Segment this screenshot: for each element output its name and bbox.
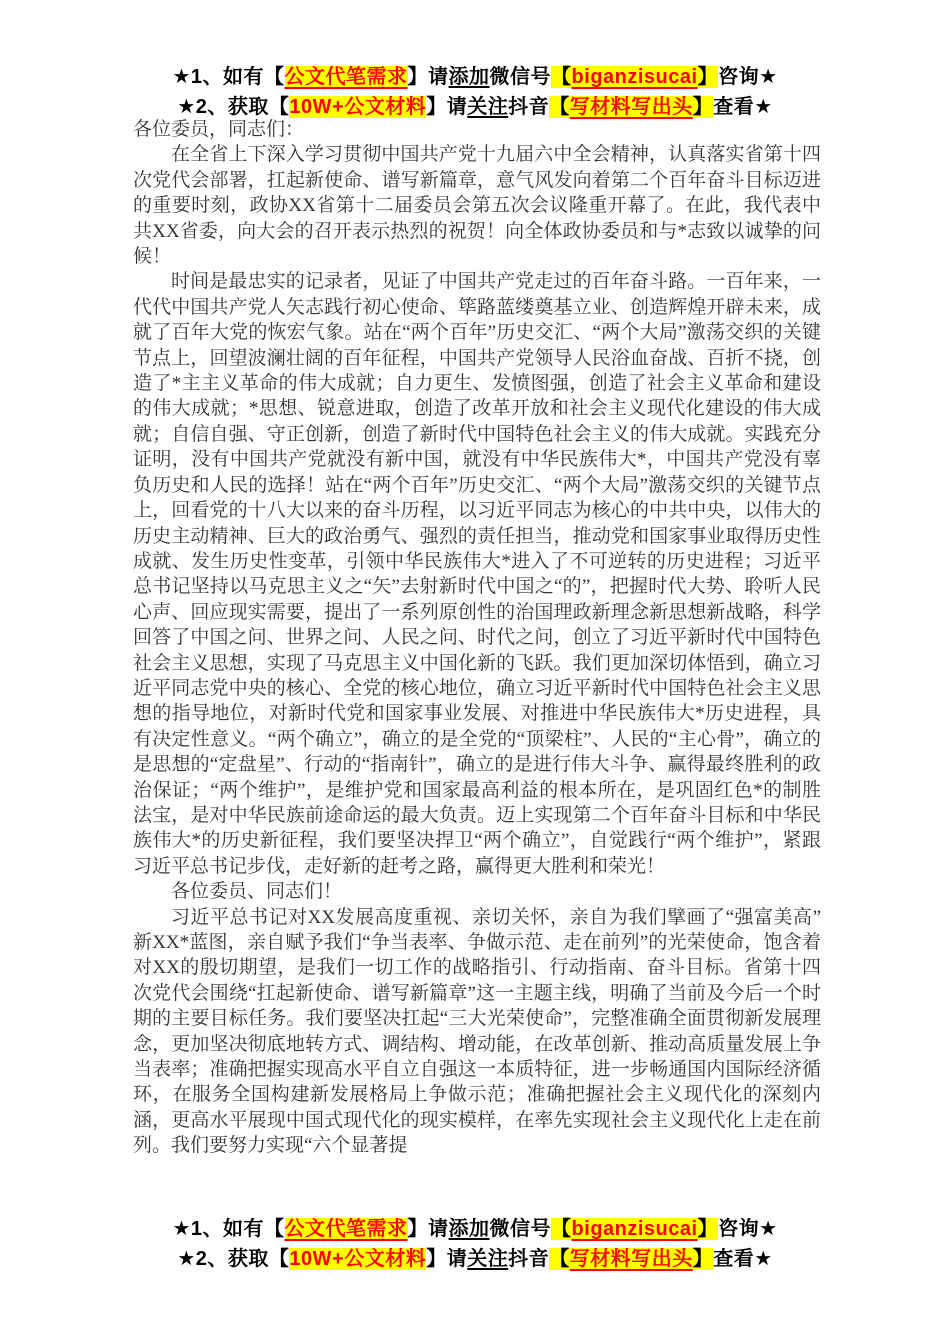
ad-text: 】请 (408, 66, 449, 88)
ad-text: ★2、获取【 (177, 1248, 289, 1270)
ad-text: 添加 (449, 1218, 490, 1240)
ad-text: 】请 (408, 1218, 449, 1240)
ad-highlighted-text: 公文代笔需求 (285, 1218, 408, 1240)
paragraph-mission: 习近平总书记对XX发展高度重视、亲切关怀，亲自为我们擘画了“强富美高”新XX*蓝… (133, 905, 821, 1159)
ad-banner-bottom: ★1、如有【公文代笔需求】请添加微信号【biganzisucai】咨询★★2、获… (0, 1214, 950, 1274)
ad-highlighted-text: 【 (549, 1248, 570, 1270)
paragraph-opening: 在全省上下深入学习贯彻中国共产党十九届六中全会精神，认真落实省第十四次党代会部署… (133, 142, 821, 269)
ad-text: ★2、获取【 (177, 96, 289, 118)
ad-text: 咨询★ (718, 66, 777, 88)
paragraph-century-history: 时间是最忠实的记录者，见证了中国共产党走过的百年奋斗路。一百年来，一代代中国共产… (133, 269, 821, 879)
ad-highlighted-text: biganzisucai (572, 1218, 698, 1240)
ad-text: 咨询★ (718, 1218, 777, 1240)
ad-highlighted-text: 公文代笔需求 (285, 66, 408, 88)
ad-highlighted-text: 写材料写出头 (570, 96, 693, 118)
ad-line: ★1、如有【公文代笔需求】请添加微信号【biganzisucai】咨询★ (0, 1214, 950, 1244)
ad-text: ★1、如有【 (172, 1218, 284, 1240)
salutation-1: 各位委员，同志们： (133, 117, 821, 142)
ad-highlighted-text: 【 (549, 96, 570, 118)
ad-highlighted-text: biganzisucai (572, 66, 698, 88)
ad-text: ★1、如有【 (172, 66, 284, 88)
ad-highlighted-text: 】 (698, 1218, 719, 1240)
ad-text: 关注 (467, 1248, 508, 1270)
ad-highlighted-text: 【 (551, 66, 572, 88)
ad-text: 添加 (449, 66, 490, 88)
ad-text: 微信号 (490, 1218, 552, 1240)
ad-highlighted-text: 写材料写出头 (570, 1248, 693, 1270)
ad-highlighted-text: 10W+公文材料 (289, 96, 426, 118)
ad-highlighted-text: 【 (551, 1218, 572, 1240)
ad-text: 抖音 (508, 1248, 549, 1270)
document-body: 各位委员，同志们：在全省上下深入学习贯彻中国共产党十九届六中全会精神，认真落实省… (133, 117, 821, 1159)
ad-highlighted-text: 10W+公文材料 (289, 1248, 426, 1270)
ad-text: 查看★ (713, 1248, 772, 1270)
ad-highlighted-text: 】 (693, 96, 714, 118)
ad-line: ★1、如有【公文代笔需求】请添加微信号【biganzisucai】咨询★ (0, 62, 950, 92)
ad-highlighted-text: 】 (698, 66, 719, 88)
document-page: ★1、如有【公文代笔需求】请添加微信号【biganzisucai】咨询★★2、获… (0, 0, 950, 1344)
ad-text: 抖音 (508, 96, 549, 118)
ad-text: 微信号 (490, 66, 552, 88)
ad-text: 查看★ (713, 96, 772, 118)
ad-text: 】请 (426, 96, 467, 118)
ad-text: 】请 (426, 1248, 467, 1270)
salutation-2: 各位委员、同志们！ (133, 879, 821, 904)
ad-text: 关注 (467, 96, 508, 118)
ad-line: ★2、获取【10W+公文材料】请关注抖音【写材料写出头】查看★ (0, 1244, 950, 1274)
ad-highlighted-text: 】 (693, 1248, 714, 1270)
ad-banner-top: ★1、如有【公文代笔需求】请添加微信号【biganzisucai】咨询★★2、获… (0, 62, 950, 122)
